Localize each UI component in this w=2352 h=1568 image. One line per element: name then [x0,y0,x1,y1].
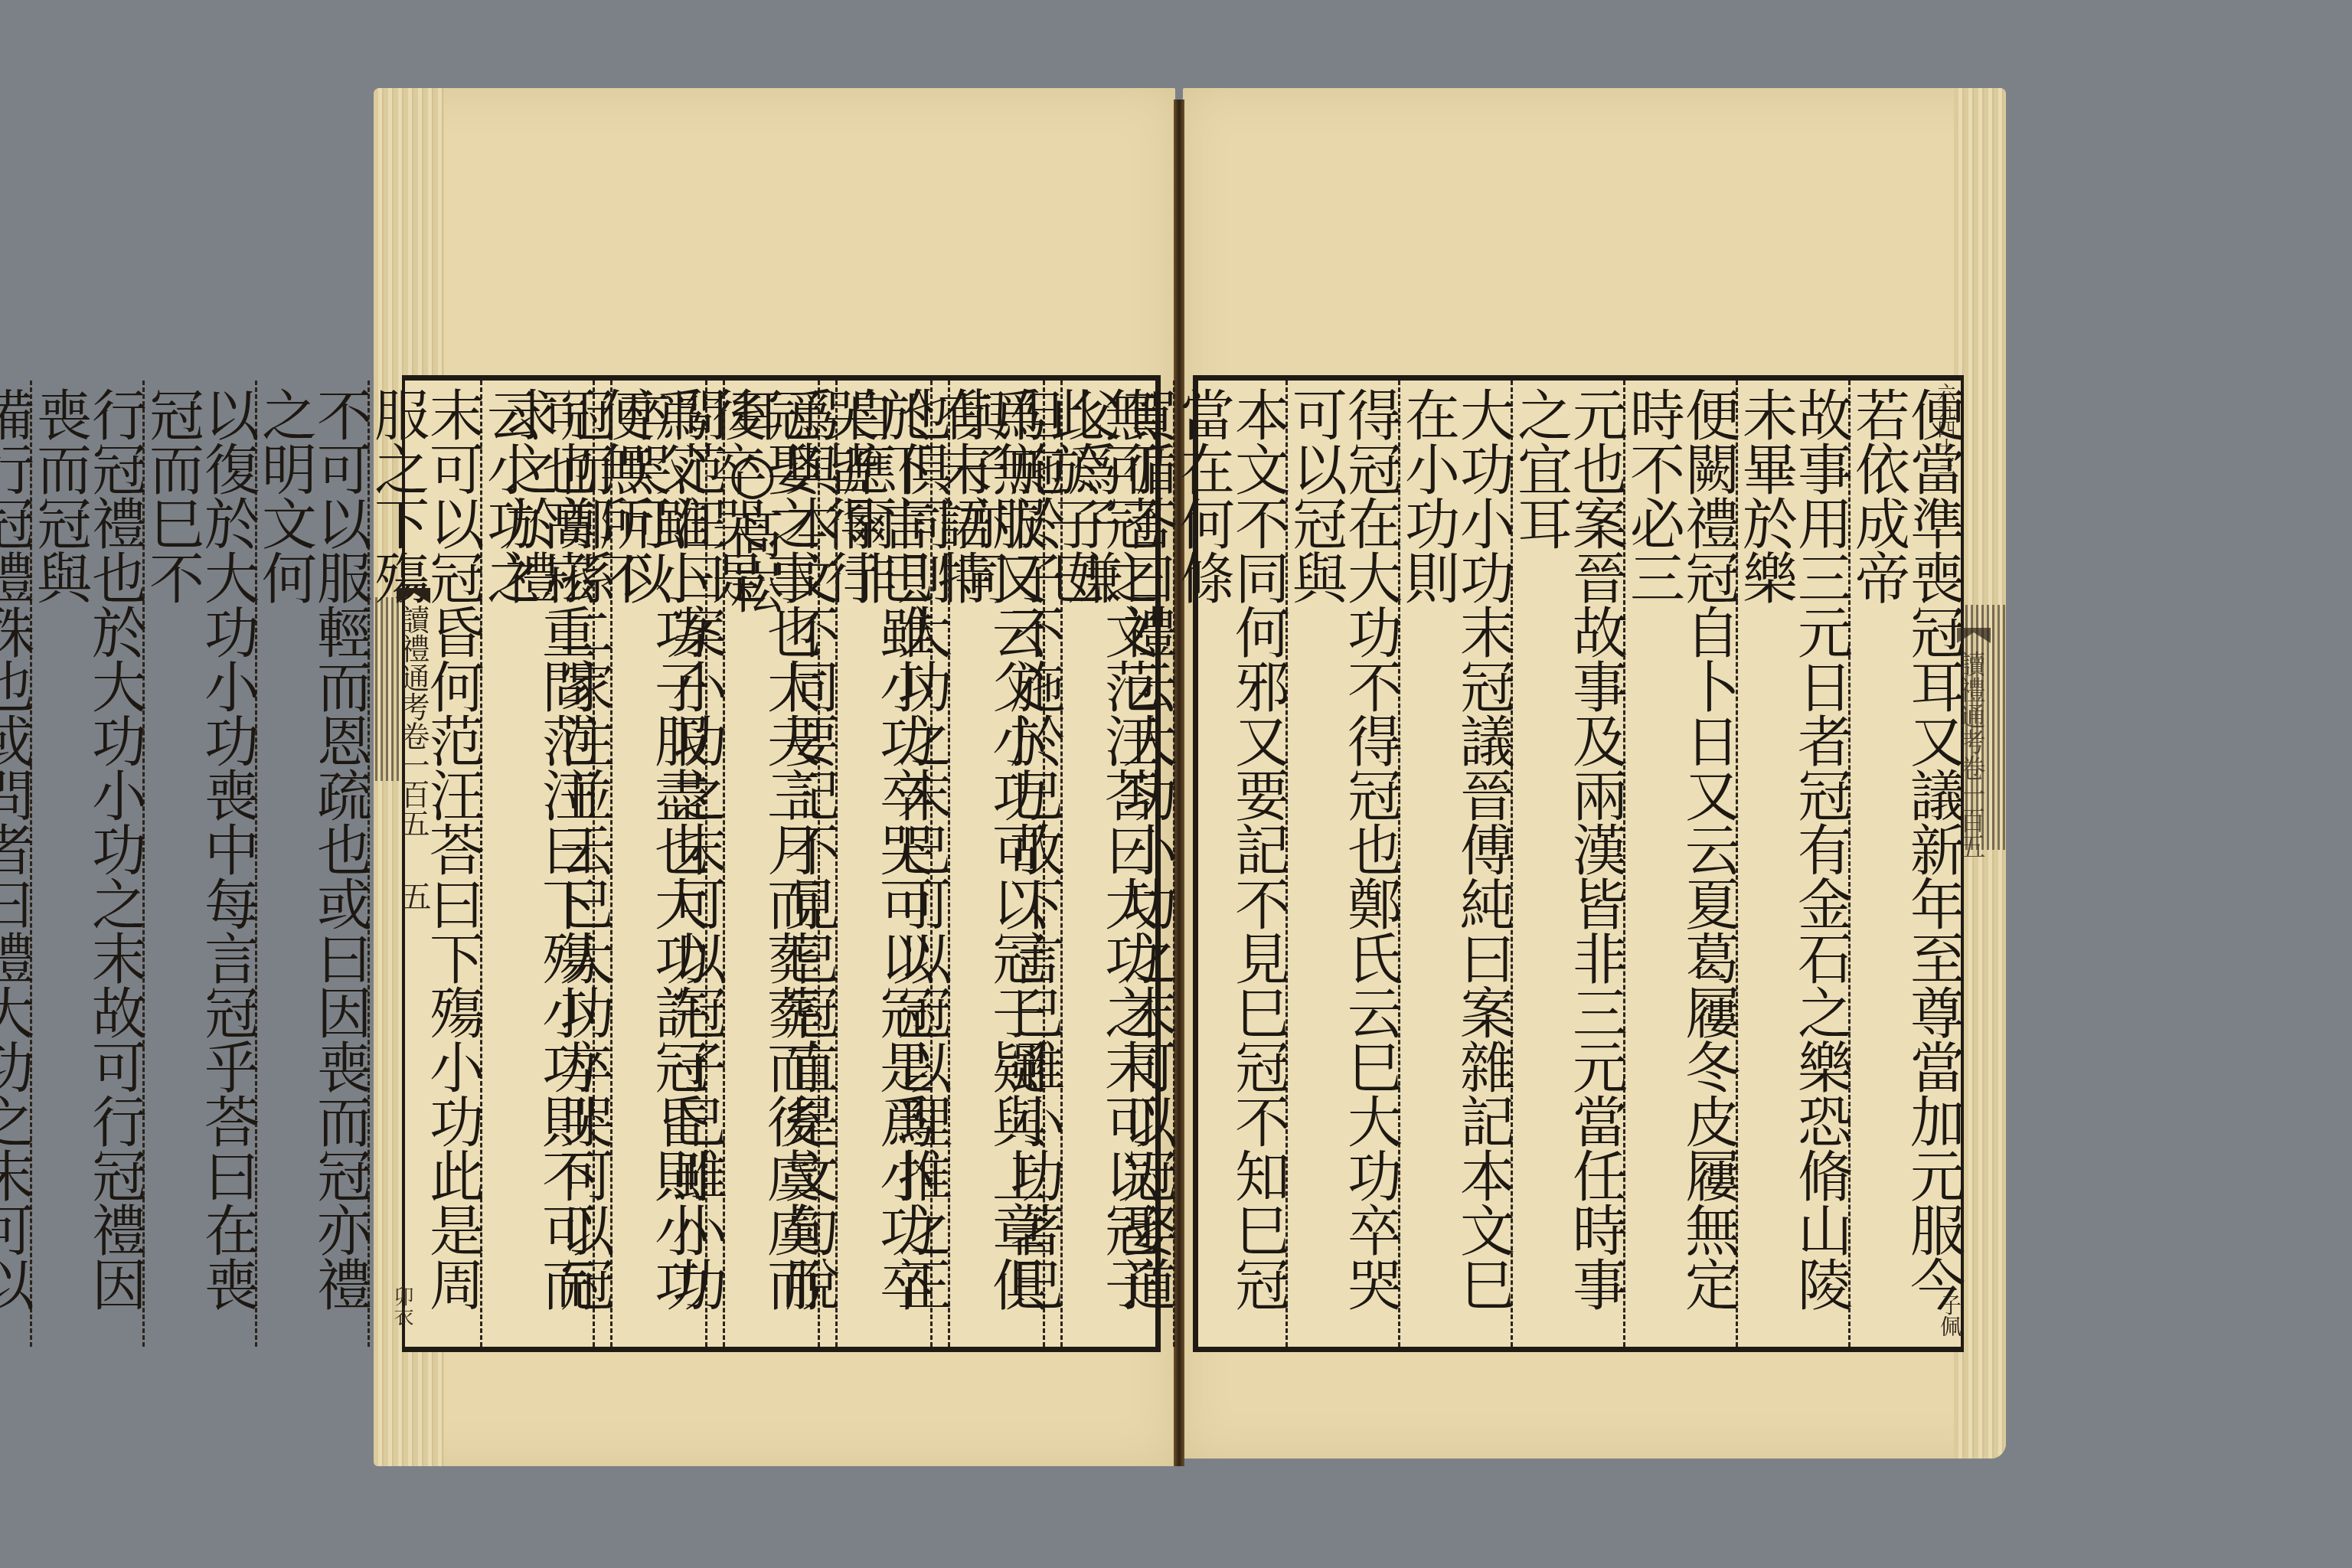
fold-page-number: 五 [398,880,429,911]
text-column: 問范汪曰案小功之末可以冠子巳雖小功卒哭可以 [610,381,723,1347]
right-text-frame: 便當準喪冠耳又議新年至尊當加元服今若依成帝 故事用三元日者冠有金石之樂恐脩山陵未… [1193,375,1964,1352]
column-text: 便闕禮冠自卜日又云夏葛屨冬皮屨無定時不必三 [1625,387,1736,1347]
column-text: 以復於大功小功喪中每言冠乎荅曰在喪冠而巳不 [145,387,255,1347]
text-column: 本文不同何邪又要記不見巳冠不知巳冠當在何條 [1173,381,1285,1347]
column-text: 得冠在大功不得冠也鄭氏云巳大功卒哭可以冠與 [1288,387,1398,1347]
column-text: 但施於子不施於巳故下言巳雖小功著巳與子亦同 [950,387,1060,1347]
column-text: 冠而鄭孫二家注並云巳大功卒哭可以冠求之於禮 [500,387,610,1347]
right-columns: 便當準喪冠耳又議新年至尊當加元服今若依成帝 故事用三元日者冠有金石之樂恐脩山陵未… [1198,381,1961,1347]
marginal-note-bottom: 子佩 [1939,1294,1960,1337]
column-text: 賀循荅曰禮云大功小功之末可以冠娶道父爲子嫌 [1063,387,1173,1347]
text-column: 元也案晉故事及兩漢皆非三元當任時事之宜耳 [1511,381,1623,1347]
column-text: 備行冠禮殊也或問者曰禮大功之末可以冠子嫁子 [0,387,30,1347]
text-column: 也俱同則大功之末巳可以冠以理推之正自應爾非 [835,381,948,1347]
text-column: 便當準喪冠耳又議新年至尊當加元服今若依成帝 [1848,381,1961,1347]
text-column: 便闕禮冠自卜日又云夏葛屨冬皮屨無定時不必三 [1623,381,1736,1347]
text-column: 但施於子不施於巳故下言巳雖小功著巳與子亦同 [948,381,1060,1347]
text-column: 爲與本文不同要記不見巳冠直是文句脫耳○髙崧 [723,381,835,1347]
column-text: 大功小功末冠議晉傅純曰案雜記本文巳在小功則 [1400,387,1511,1347]
column-text: 元也案晉故事及兩漢皆非三元當任時事之宜耳 [1513,387,1623,1347]
column-text: 故事用三元日者冠有金石之樂恐脩山陵未畢於樂 [1738,387,1848,1347]
fold-title-right: 讀禮通考卷一百五 [1957,651,1983,859]
column-text: 問范汪曰案小功之末可以冠子巳雖小功卒哭可以 [612,387,723,1347]
marginal-note-top: 六九四十三 [1935,383,1954,475]
column-text: 本文不同何邪又要記不見巳冠不知巳冠當在何條 [1175,387,1285,1347]
text-column: 賀循荅曰禮云大功小功之末可以冠娶道父爲子嫌 [1060,381,1173,1347]
text-column: 不可以服輕而恩疏也或曰因喪而冠亦禮之明文何 [255,381,367,1347]
fold-title-left: 讀禮通考卷一百五 [398,605,427,838]
fold-bottom-mark: 卯衣 [392,1286,412,1326]
column-text: 便當準喪冠耳又議新年至尊當加元服今若依成帝 [1851,387,1961,1347]
column-text: 末可以冠昏何范汪荅曰下殤小功此是周服之下殤 [370,387,480,1347]
text-column: 備行冠禮殊也或問者曰禮大功之末可以冠子嫁子 [0,381,30,1347]
text-column: 以復於大功小功喪中每言冠乎荅曰在喪冠而巳不 [142,381,255,1347]
column-text: 爲與本文不同要記不見巳冠直是文句脫耳○髙崧 [725,387,835,1347]
text-column: 行冠禮也於大功小功之末故可行冠禮因喪而冠與 [30,381,142,1347]
column-text: 行冠禮也於大功小功之末故可行冠禮因喪而冠與 [32,387,142,1347]
text-column: 冠而鄭孫二家注並云巳大功卒哭可以冠求之於禮 [500,381,610,1347]
text-column: 故事用三元日者冠有金石之樂恐脩山陵未畢於樂 [1736,381,1848,1347]
text-column: 大功小功末冠議晉傅純曰案雜記本文巳在小功則 [1398,381,1511,1347]
column-text: 也俱同則大功之末巳可以冠以理推之正自應爾非 [838,387,948,1347]
column-text: 不可以服輕而恩疏也或曰因喪而冠亦禮之明文何 [257,387,367,1347]
text-column: 末可以冠昏何范汪荅曰下殤小功此是周服之下殤 [367,381,480,1347]
text-column: 得冠在大功不得冠也鄭氏云巳大功卒哭可以冠與 [1285,381,1398,1347]
